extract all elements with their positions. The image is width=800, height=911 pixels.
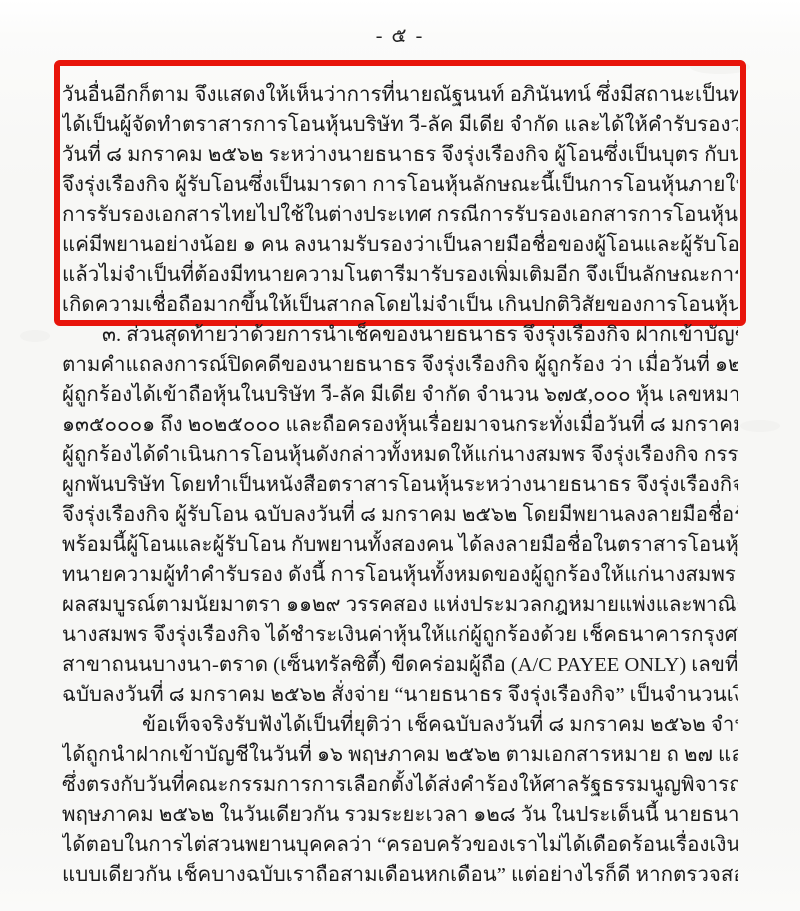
text-line: แบบเดียวกัน เช็คบางฉบับเราถือสามเดือนหกเ…	[62, 860, 738, 890]
text-line: พฤษภาคม ๒๕๖๒ ในวันเดียวกัน รวมระยะเวลา ๑…	[62, 800, 738, 830]
text-line: ได้ถูกนำฝากเข้าบัญชีในวันที่ ๑๖ พฤษภาคม …	[62, 740, 738, 770]
document-page: - ๕ - วันอื่นอีกก็ตาม จึงแสดงให้เห็นว่าก…	[0, 0, 800, 911]
text-line: การรับรองเอกสารไทยไปใช้ในต่างประเทศ กรณี…	[62, 200, 738, 230]
text-line: ตามคำแถลงการณ์ปิดคดีของนายธนาธร จึงรุ่งเ…	[62, 350, 738, 380]
text-line: พร้อมนี้ผู้โอนและผู้รับโอน กับพยานทั้งสอ…	[62, 530, 738, 560]
document-body: วันอื่นอีกก็ตาม จึงแสดงให้เห็นว่าการที่น…	[62, 80, 738, 890]
text-line: ๑๓๕๐๐๐๑ ถึง ๒๐๒๕๐๐๐ และถือครองหุ้นเรื่อย…	[62, 410, 738, 440]
text-line: ผูกพันบริษัท โดยทำเป็นหนังสือตราสารโอนหุ…	[62, 470, 738, 500]
text-line: วันอื่นอีกก็ตาม จึงแสดงให้เห็นว่าการที่น…	[62, 80, 738, 110]
text-line: ได้เป็นผู้จัดทำตราสารการโอนหุ้นบริษัท วี…	[62, 110, 738, 140]
text-line: ทนายความผู้ทำคำรับรอง ดังนี้ การโอนหุ้นท…	[62, 560, 738, 590]
text-line: ผลสมบูรณ์ตามนัยมาตรา ๑๑๒๙ วรรคสอง แห่งปร…	[62, 590, 738, 620]
text-line: ซึ่งตรงกับวันที่คณะกรรมการการเลือกตั้งได…	[62, 770, 738, 800]
scan-artifact	[20, 330, 50, 342]
text-line: สาขาถนนบางนา-ตราด (เซ็นทรัลซิตี้) ขีดคร่…	[62, 650, 738, 680]
text-line: แล้วไม่จำเป็นที่ต้องมีทนายความโนตารีมารั…	[62, 260, 738, 290]
page-number: - ๕ -	[0, 24, 800, 48]
scan-artifact	[740, 420, 780, 432]
text-line: ฉบับลงวันที่ ๘ มกราคม ๒๕๖๒ สั่งจ่าย “นาย…	[62, 680, 738, 710]
text-line: จึงรุ่งเรืองกิจ ผู้รับโอนซึ่งเป็นมารดา ก…	[62, 170, 738, 200]
text-line: ๓. ส่วนสุดท้ายว่าด้วยการนำเช็คของนายธนาธ…	[62, 320, 738, 350]
text-line: นางสมพร จึงรุ่งเรืองกิจ ได้ชำระเงินค่าหุ…	[62, 620, 738, 650]
text-line: ข้อเท็จจริงรับฟังได้เป็นที่ยุติว่า เช็คฉ…	[62, 710, 738, 740]
text-line: ผู้ถูกร้องได้เข้าถือหุ้นในบริษัท วี-ลัค …	[62, 380, 738, 410]
text-line: แค่มีพยานอย่างน้อย ๑ คน ลงนามรับรองว่าเป…	[62, 230, 738, 260]
text-line: ผู้ถูกร้องได้ดำเนินการโอนหุ้นดังกล่าวทั้…	[62, 440, 738, 470]
text-line: จึงรุ่งเรืองกิจ ผู้รับโอน ฉบับลงวันที่ ๘…	[62, 500, 738, 530]
text-line: เกิดความเชื่อถือมากขึ้นให้เป็นสากลโดยไม่…	[62, 290, 738, 320]
text-line: ได้ตอบในการไต่สวนพยานบุคคลว่า “ครอบครัวข…	[62, 830, 738, 860]
text-line: วันที่ ๘ มกราคม ๒๕๖๒ ระหว่างนายธนาธร จึง…	[62, 140, 738, 170]
